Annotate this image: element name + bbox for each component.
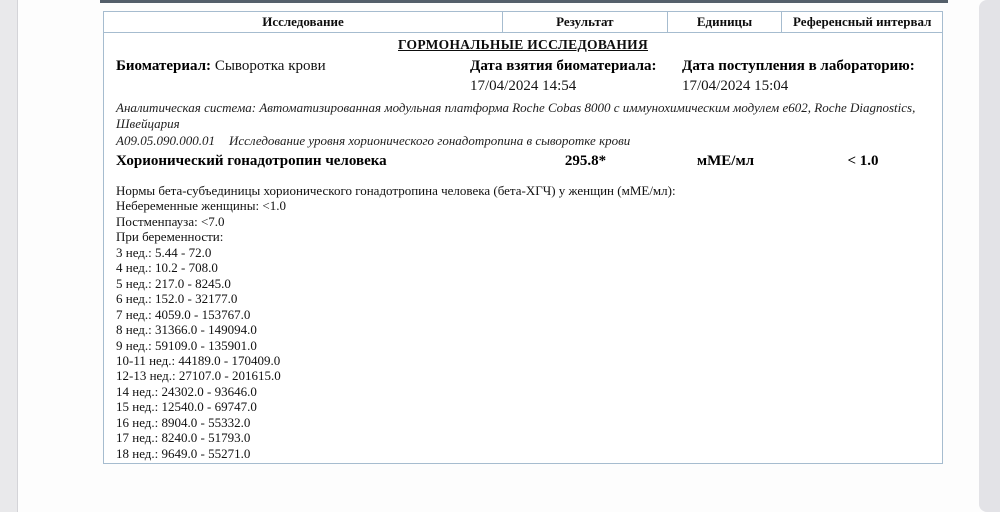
norms-list: Нормы бета-субъединицы хорионического го… (116, 183, 676, 461)
scrollbar[interactable] (979, 0, 1000, 512)
test-description: Исследование уровня хорионического гонад… (229, 133, 630, 148)
column-header-units: Единицы (668, 12, 783, 32)
collection-date-label: Дата взятия биоматериала: (470, 58, 657, 75)
analytical-system-line2: Швейцария (116, 116, 180, 132)
test-code-line: A09.05.090.000.01Исследование уровня хор… (116, 133, 630, 149)
norm-line: 8 нед.: 31366.0 - 149094.0 (116, 322, 676, 337)
column-header-study: Исследование (104, 12, 503, 32)
received-date-value: 17/04/2024 15:04 (682, 78, 915, 95)
test-code: A09.05.090.000.01 (116, 133, 215, 148)
biomaterial-value: Сыворотка крови (215, 58, 326, 74)
norm-line: 3 нед.: 5.44 - 72.0 (116, 245, 676, 260)
norm-line: 17 нед.: 8240.0 - 51793.0 (116, 430, 676, 445)
top-divider-line (100, 0, 948, 3)
collection-date-block: Дата взятия биоматериала: 17/04/2024 14:… (470, 58, 657, 95)
biomaterial-line: Биоматериал: Сыворотка крови (116, 58, 326, 75)
results-table-header: Исследование Результат Единицы Референсн… (103, 11, 943, 33)
report-body: ГОРМОНАЛЬНЫЕ ИССЛЕДОВАНИЯ Биоматериал: С… (103, 33, 943, 464)
result-reference-interval: < 1.0 (783, 153, 943, 170)
norm-line: 18 нед.: 9649.0 - 55271.0 (116, 446, 676, 461)
section-title: ГОРМОНАЛЬНЫЕ ИССЛЕДОВАНИЯ (104, 37, 942, 53)
result-units: мМЕ/мл (668, 153, 783, 170)
received-date-block: Дата поступления в лабораторию: 17/04/20… (682, 58, 915, 95)
norm-line: Постменпауза: <7.0 (116, 214, 676, 229)
norm-line: При беременности: (116, 229, 676, 244)
norm-line: 12-13 нед.: 27107.0 - 201615.0 (116, 368, 676, 383)
norm-line: 9 нед.: 59109.0 - 135901.0 (116, 338, 676, 353)
norm-line: 4 нед.: 10.2 - 708.0 (116, 260, 676, 275)
received-date-label: Дата поступления в лабораторию: (682, 58, 915, 75)
collection-date-value: 17/04/2024 14:54 (470, 78, 657, 95)
norm-line: 15 нед.: 12540.0 - 69747.0 (116, 399, 676, 414)
analytical-system-line1: Аналитическая система: Автоматизированна… (116, 100, 915, 116)
norm-line: 16 нед.: 8904.0 - 55332.0 (116, 415, 676, 430)
page-margin-left (0, 0, 18, 512)
result-test-name: Хорионический гонадотропин человека (116, 153, 387, 170)
result-value: 295.8* (503, 153, 668, 170)
norm-line: 7 нед.: 4059.0 - 153767.0 (116, 307, 676, 322)
biomaterial-label: Биоматериал: (116, 58, 211, 74)
column-header-reference-interval: Референсный интервал (782, 12, 942, 32)
norm-line: 10-11 нед.: 44189.0 - 170409.0 (116, 353, 676, 368)
norm-line: Небеременные женщины: <1.0 (116, 198, 676, 213)
norm-line: 6 нед.: 152.0 - 32177.0 (116, 291, 676, 306)
norm-line: Нормы бета-субъединицы хорионического го… (116, 183, 676, 198)
norm-line: 14 нед.: 24302.0 - 93646.0 (116, 384, 676, 399)
column-header-result: Результат (503, 12, 668, 32)
norm-line: 5 нед.: 217.0 - 8245.0 (116, 276, 676, 291)
